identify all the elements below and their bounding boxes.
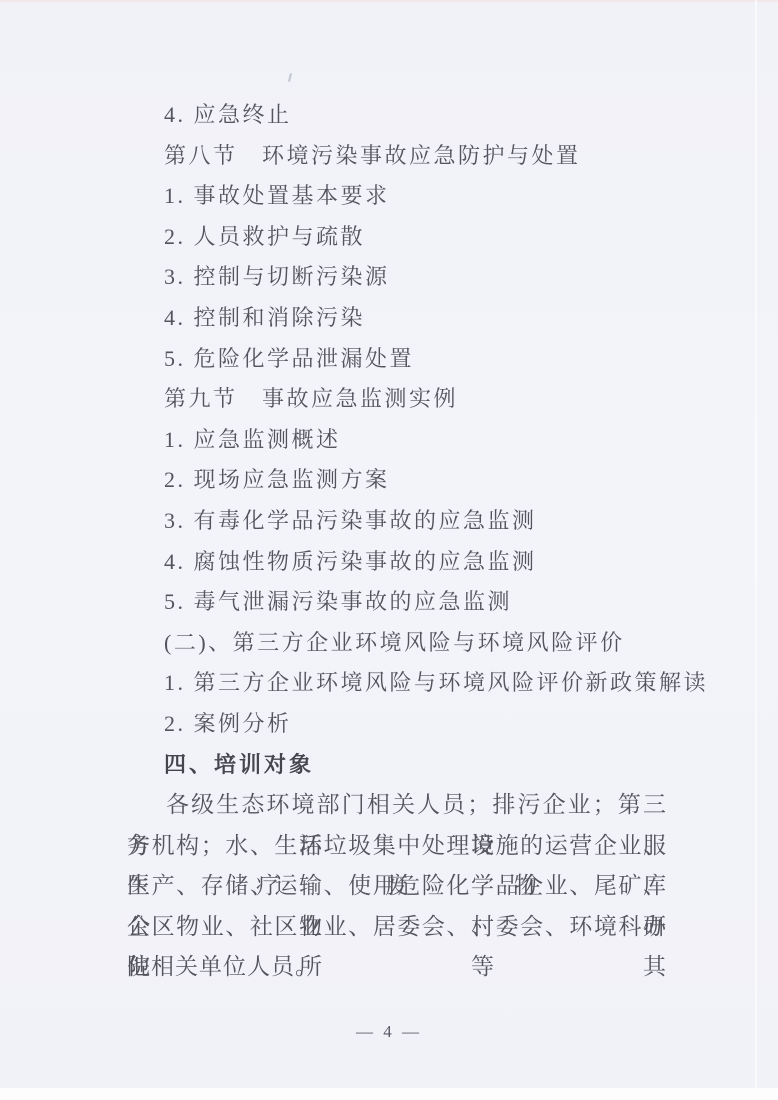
section-heading: 四、培训对象 xyxy=(164,745,778,786)
section-title: 第九节 事故应急监测实例 xyxy=(164,379,778,420)
paragraph-line: 公区物业、社区物业、居委会、村委会、环境科研院所等其 xyxy=(127,907,667,948)
outline-item: 1. 事故处置基本要求 xyxy=(164,176,778,217)
outline-item: 2. 案例分析 xyxy=(164,704,778,745)
paragraph-line: 生产、存储、运输、使用危险化学品企业、尾矿库企业、办 xyxy=(127,866,667,907)
scan-speck-artifact xyxy=(288,73,292,82)
outline-item: 4. 控制和消除污染 xyxy=(164,298,778,339)
outline-item: 5. 毒气泄漏污染事故的应急监测 xyxy=(164,582,778,623)
scan-top-edge xyxy=(0,0,778,3)
paragraph-line: 务机构；水、生活垃圾集中处理设施的运营企业、医疗废物、 xyxy=(127,826,667,867)
outline-item: 4. 应急终止 xyxy=(164,95,778,136)
document-page: 4. 应急终止 第八节 环境污染事故应急防护与处置 1. 事故处置基本要求 2.… xyxy=(0,0,778,1100)
outline-item: 4. 腐蚀性物质污染事故的应急监测 xyxy=(164,542,778,583)
outline-item: 1. 应急监测概述 xyxy=(164,420,778,461)
scan-bottom-edge xyxy=(0,1088,778,1100)
document-body: 4. 应急终止 第八节 环境污染事故应急防护与处置 1. 事故处置基本要求 2.… xyxy=(0,95,778,988)
section-title: 第八节 环境污染事故应急防护与处置 xyxy=(164,136,778,177)
page-number: — 4 — xyxy=(0,1012,778,1052)
outline-item: 5. 危险化学品泄漏处置 xyxy=(164,339,778,380)
outline-item: 2. 现场应急监测方案 xyxy=(164,460,778,501)
outline-item: 2. 人员救护与疏散 xyxy=(164,217,778,258)
outline-item: 3. 控制与切断污染源 xyxy=(164,257,778,298)
outline-item: (二)、第三方企业环境风险与环境风险评价 xyxy=(164,623,778,664)
outline-item: 1. 第三方企业环境风险与环境风险评价新政策解读 xyxy=(164,663,778,704)
outline-item: 3. 有毒化学品污染事故的应急监测 xyxy=(164,501,778,542)
paragraph-line: 各级生态环境部门相关人员；排污企业；第三方环境服 xyxy=(127,785,667,826)
